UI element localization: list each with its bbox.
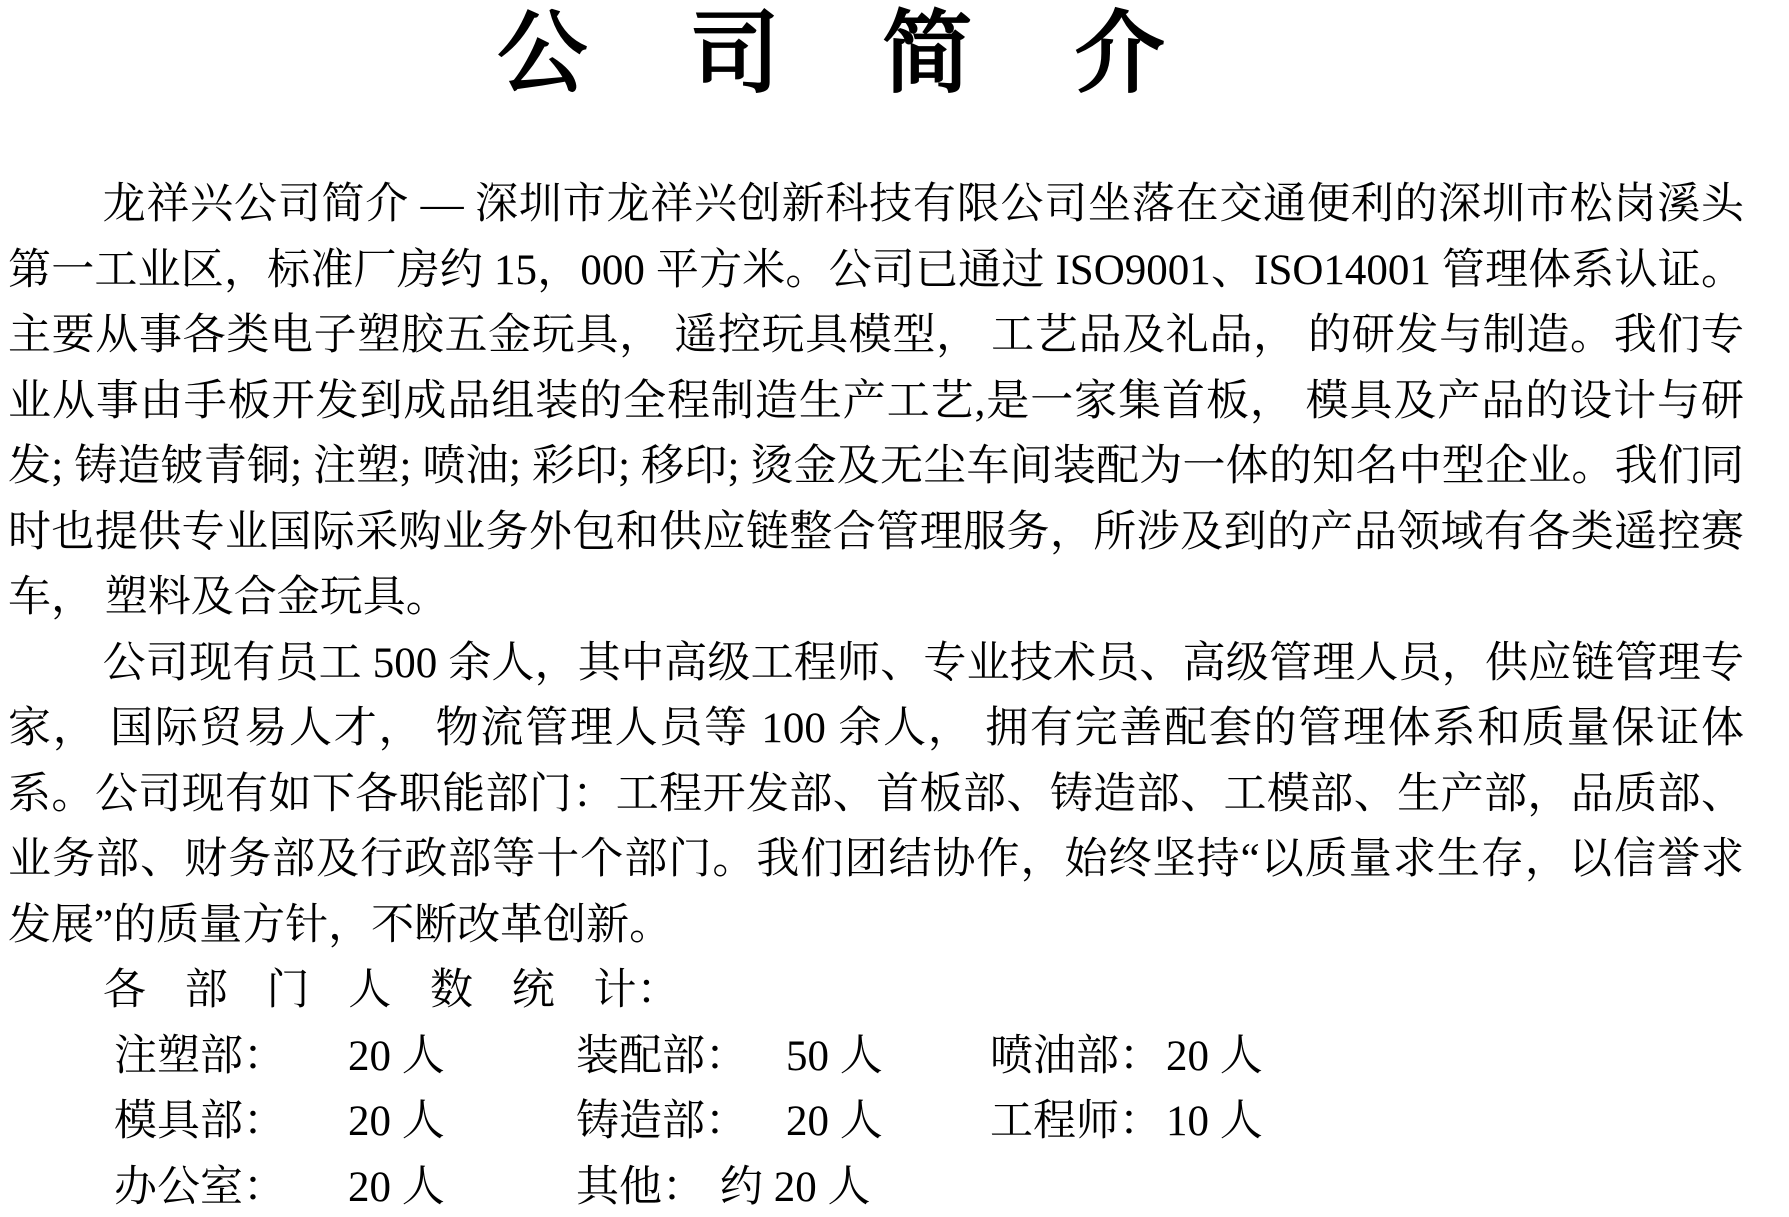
paragraph-staff-departments: 公司现有员工 500 余人，其中高级工程师、专业技术员、高级管理人员，供应链管理… — [8, 631, 1744, 959]
paragraph-company-overview: 龙祥兴公司简介 — 深圳市龙祥兴创新科技有限公司坐落在交通便利的深圳市松岗溪头第… — [8, 172, 1744, 631]
stat-casting-dept: 铸造部： 20 人 — [576, 1089, 990, 1155]
stat-empty-cell — [990, 1155, 1744, 1217]
stat-label: 工程师： — [990, 1089, 1162, 1155]
stats-section-header: 各 部 门 人 数 统 计： — [8, 958, 1744, 1024]
stat-engineers: 工程师： 10 人 — [990, 1089, 1744, 1155]
stats-row-2: 模具部： 20 人 铸造部： 20 人 工程师： 10 人 — [8, 1089, 1744, 1155]
stat-label: 办公室： — [114, 1155, 286, 1217]
document-page: 公 司 简 介 龙祥兴公司简介 — 深圳市龙祥兴创新科技有限公司坐落在交通便利的… — [0, 0, 1789, 1217]
stat-value: 20 人 — [348, 1089, 445, 1155]
stat-injection-dept: 注塑部： 20 人 — [114, 1024, 576, 1090]
stats-row-1: 注塑部： 20 人 装配部： 50 人 喷油部： 20 人 — [8, 1024, 1744, 1090]
stat-value: 10 人 — [1166, 1089, 1263, 1155]
stat-value: 20 人 — [348, 1024, 445, 1090]
document-content: 公 司 简 介 龙祥兴公司简介 — 深圳市龙祥兴创新科技有限公司坐落在交通便利的… — [0, 5, 1789, 1217]
stat-value: 约 20 人 — [720, 1155, 871, 1217]
stat-label: 模具部： — [114, 1089, 286, 1155]
stat-label: 喷油部： — [990, 1024, 1162, 1090]
stat-spray-dept: 喷油部： 20 人 — [990, 1024, 1744, 1090]
stat-label: 注塑部： — [114, 1024, 286, 1090]
stat-office: 办公室： 20 人 — [114, 1155, 576, 1217]
page-title: 公 司 简 介 — [8, 5, 1654, 105]
stat-mold-dept: 模具部： 20 人 — [114, 1089, 576, 1155]
stat-value: 20 人 — [1166, 1024, 1263, 1090]
stat-assembly-dept: 装配部： 50 人 — [576, 1024, 990, 1090]
stat-label: 装配部： — [576, 1024, 748, 1090]
stat-label: 铸造部： — [576, 1089, 748, 1155]
stat-value: 20 人 — [348, 1155, 445, 1217]
stats-row-3: 办公室： 20 人 其他： 约 20 人 — [8, 1155, 1744, 1217]
stat-others: 其他： 约 20 人 — [576, 1155, 990, 1217]
stat-label: 其他： — [576, 1155, 705, 1217]
stat-value: 50 人 — [786, 1024, 883, 1090]
document-body: 龙祥兴公司简介 — 深圳市龙祥兴创新科技有限公司坐落在交通便利的深圳市松岗溪头第… — [8, 172, 1744, 958]
stat-value: 20 人 — [786, 1089, 883, 1155]
